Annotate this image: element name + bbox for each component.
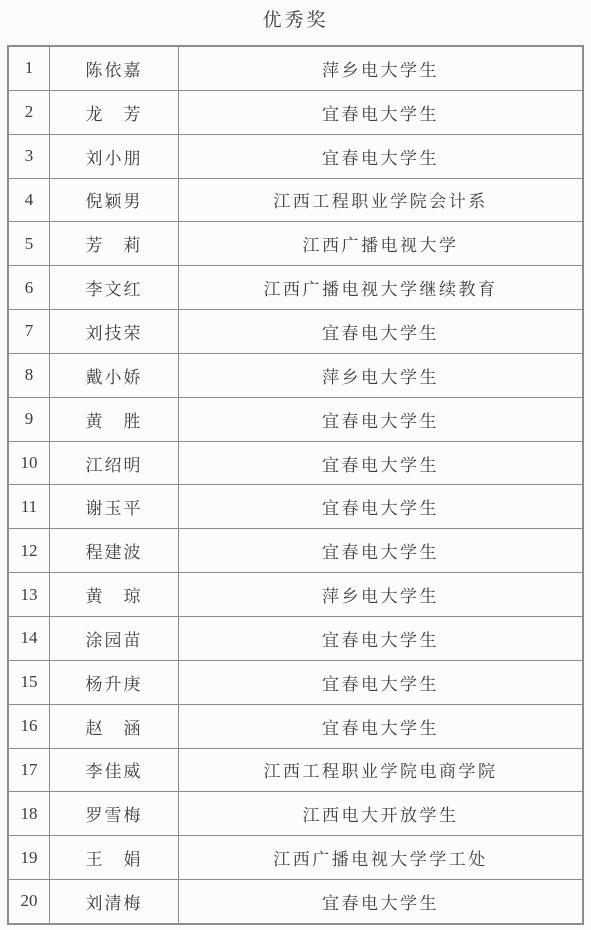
name-cell: 刘技荣 (50, 310, 179, 354)
name-cell: 赵 涵 (50, 704, 179, 748)
org-cell: 江西广播电视大学学工处 (179, 836, 584, 880)
rank-cell: 18 (8, 792, 50, 836)
table-row: 4 倪颖男 江西工程职业学院会计系 (8, 178, 583, 222)
rank-cell: 17 (8, 748, 50, 792)
award-table-body: 1 陈依嘉 萍乡电大学生 2 龙 芳 宜春电大学生 3 刘小朋 宜春电大学生 4… (8, 46, 583, 924)
table-row: 2 龙 芳 宜春电大学生 (8, 90, 583, 134)
table-row: 17 李佳威 江西工程职业学院电商学院 (8, 748, 583, 792)
rank-cell: 3 (8, 134, 50, 178)
document-page: 优秀奖 1 陈依嘉 萍乡电大学生 2 龙 芳 宜春电大学生 3 刘小朋 宜春电大… (0, 0, 591, 930)
name-cell: 王 娟 (50, 836, 179, 880)
name-cell: 黄 胜 (50, 397, 179, 441)
table-row: 20 刘清梅 宜春电大学生 (8, 880, 583, 924)
table-row: 18 罗雪梅 江西电大开放学生 (8, 792, 583, 836)
rank-cell: 11 (8, 485, 50, 529)
name-cell: 程建波 (50, 529, 179, 573)
rank-cell: 12 (8, 529, 50, 573)
table-row: 7 刘技荣 宜春电大学生 (8, 310, 583, 354)
org-cell: 宜春电大学生 (179, 485, 584, 529)
rank-cell: 8 (8, 353, 50, 397)
award-table: 1 陈依嘉 萍乡电大学生 2 龙 芳 宜春电大学生 3 刘小朋 宜春电大学生 4… (7, 45, 584, 925)
name-cell: 江绍明 (50, 441, 179, 485)
name-cell: 刘清梅 (50, 880, 179, 924)
org-cell: 江西广播电视大学继续教育 (179, 266, 584, 310)
table-row: 16 赵 涵 宜春电大学生 (8, 704, 583, 748)
table-row: 15 杨升庚 宜春电大学生 (8, 660, 583, 704)
name-cell: 陈依嘉 (50, 46, 179, 90)
rank-cell: 2 (8, 90, 50, 134)
org-cell: 江西工程职业学院会计系 (179, 178, 584, 222)
org-cell: 萍乡电大学生 (179, 573, 584, 617)
name-cell: 谢玉平 (50, 485, 179, 529)
rank-cell: 1 (8, 46, 50, 90)
org-cell: 宜春电大学生 (179, 90, 584, 134)
org-cell: 宜春电大学生 (179, 660, 584, 704)
rank-cell: 7 (8, 310, 50, 354)
rank-cell: 9 (8, 397, 50, 441)
org-cell: 宜春电大学生 (179, 880, 584, 924)
table-row: 9 黄 胜 宜春电大学生 (8, 397, 583, 441)
org-cell: 萍乡电大学生 (179, 46, 584, 90)
table-row: 3 刘小朋 宜春电大学生 (8, 134, 583, 178)
table-row: 14 涂园苗 宜春电大学生 (8, 616, 583, 660)
table-row: 11 谢玉平 宜春电大学生 (8, 485, 583, 529)
name-cell: 芳 莉 (50, 222, 179, 266)
org-cell: 江西电大开放学生 (179, 792, 584, 836)
org-cell: 宜春电大学生 (179, 134, 584, 178)
org-cell: 萍乡电大学生 (179, 353, 584, 397)
rank-cell: 5 (8, 222, 50, 266)
table-row: 1 陈依嘉 萍乡电大学生 (8, 46, 583, 90)
name-cell: 李文红 (50, 266, 179, 310)
org-cell: 江西工程职业学院电商学院 (179, 748, 584, 792)
name-cell: 倪颖男 (50, 178, 179, 222)
name-cell: 黄 琼 (50, 573, 179, 617)
name-cell: 杨升庚 (50, 660, 179, 704)
page-title: 优秀奖 (0, 0, 591, 33)
org-cell: 宜春电大学生 (179, 441, 584, 485)
table-row: 12 程建波 宜春电大学生 (8, 529, 583, 573)
rank-cell: 4 (8, 178, 50, 222)
table-row: 5 芳 莉 江西广播电视大学 (8, 222, 583, 266)
rank-cell: 14 (8, 616, 50, 660)
org-cell: 宜春电大学生 (179, 397, 584, 441)
org-cell: 江西广播电视大学 (179, 222, 584, 266)
name-cell: 罗雪梅 (50, 792, 179, 836)
rank-cell: 16 (8, 704, 50, 748)
rank-cell: 10 (8, 441, 50, 485)
rank-cell: 15 (8, 660, 50, 704)
table-row: 10 江绍明 宜春电大学生 (8, 441, 583, 485)
org-cell: 宜春电大学生 (179, 529, 584, 573)
org-cell: 宜春电大学生 (179, 616, 584, 660)
name-cell: 刘小朋 (50, 134, 179, 178)
org-cell: 宜春电大学生 (179, 704, 584, 748)
rank-cell: 13 (8, 573, 50, 617)
table-row: 19 王 娟 江西广播电视大学学工处 (8, 836, 583, 880)
table-row: 8 戴小娇 萍乡电大学生 (8, 353, 583, 397)
name-cell: 戴小娇 (50, 353, 179, 397)
rank-cell: 6 (8, 266, 50, 310)
table-row: 13 黄 琼 萍乡电大学生 (8, 573, 583, 617)
rank-cell: 20 (8, 880, 50, 924)
org-cell: 宜春电大学生 (179, 310, 584, 354)
name-cell: 涂园苗 (50, 616, 179, 660)
table-row: 6 李文红 江西广播电视大学继续教育 (8, 266, 583, 310)
rank-cell: 19 (8, 836, 50, 880)
name-cell: 龙 芳 (50, 90, 179, 134)
name-cell: 李佳威 (50, 748, 179, 792)
